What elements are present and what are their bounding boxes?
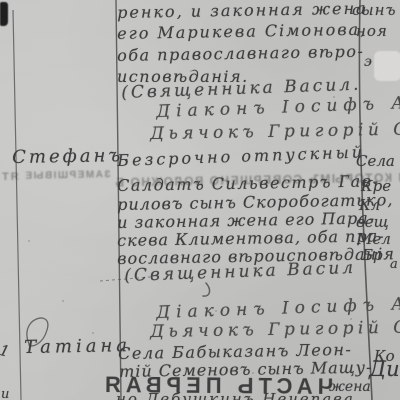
paper-speck	[175, 258, 177, 260]
bleedthrough-text: ЯТ	[0, 171, 19, 183]
handwriting-line: сынъ	[352, 1, 397, 19]
paper-speck	[333, 96, 335, 98]
handwriting-line: э	[364, 54, 372, 70]
paper-speck	[305, 150, 307, 152]
paper-patch	[374, 51, 400, 81]
handwriting-line: а	[390, 257, 398, 272]
paper-speck	[230, 206, 232, 208]
handwriting-line: Стефанъ.	[12, 145, 132, 168]
paper-speck	[215, 310, 217, 312]
handwriting-line: и	[1, 387, 9, 400]
handwriting-line: Татіана	[24, 335, 131, 358]
paper-speck	[350, 318, 352, 320]
handwriting-line: Ди	[369, 357, 400, 381]
handwriting-line: ноя	[356, 22, 388, 40]
paper-speck	[28, 240, 30, 242]
bleedthrough-text: ЗАМЕРШІВЫЕ	[24, 169, 111, 182]
handwriting-line: Дьячокъ Григорій Ор	[150, 119, 400, 144]
paper-speck	[62, 300, 64, 302]
ink-flourish	[203, 283, 210, 296]
part-one-stamp-mirrored: ЧАСТЬ ПЕРВАЯ	[100, 372, 333, 400]
column-rule-line	[13, 10, 21, 400]
handwriting-line: Села	[356, 152, 395, 170]
paper-speck	[190, 70, 192, 72]
document-scan: ЯТЗАМЕРШІВЫЕИ КОТОРЫМЪ СОВЕРШЕНО ВОЛОЖНО…	[0, 0, 400, 400]
ink-blot	[0, 2, 8, 26]
handwriting-line: Бр	[362, 246, 383, 264]
handwriting-line: Дьячокъ Григорій Ор	[150, 317, 400, 342]
paper-speck	[252, 372, 254, 374]
paper-speck	[92, 332, 94, 334]
